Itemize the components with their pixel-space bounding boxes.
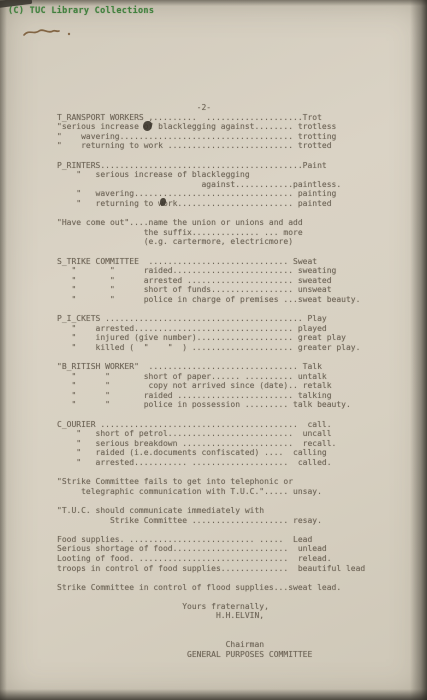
typewritten-line: " short of petrol.......................… (57, 429, 407, 439)
typewritten-line: Chairman (57, 640, 407, 650)
typewritten-line: troops in control of food supplies......… (57, 564, 407, 574)
typewritten-line: GENERAL PURPOSES COMMITTEE (57, 650, 407, 660)
typewritten-line: " arrested..............................… (57, 324, 407, 334)
typewritten-line: " returning to work ....................… (57, 141, 407, 151)
typewritten-line (57, 525, 407, 535)
typewritten-line (57, 209, 407, 219)
typewritten-line: " returning to work.....................… (57, 199, 407, 209)
typewritten-line: against............paintless. (57, 180, 407, 190)
typewritten-line: H.H.ELVIN, (57, 611, 407, 621)
typewritten-line: " injured (give number).................… (57, 333, 407, 343)
scan-edge-right (410, 0, 427, 700)
typewritten-line (57, 468, 407, 478)
typewritten-line: "Have come out"....name the union or uni… (57, 218, 407, 228)
typewritten-line: " serious breakdown ....................… (57, 439, 407, 449)
typewritten-line: P̲I̲CKETS ..............................… (57, 314, 407, 324)
typewritten-line: " wavering..............................… (57, 132, 407, 142)
typewritten-line: the suffix.............. ... more (57, 228, 407, 238)
typewritten-line: Serious shortage of food................… (57, 544, 407, 554)
typewritten-line: " " raided......................... swea… (57, 266, 407, 276)
typewritten-line (57, 573, 407, 583)
scanned-document-page: (C) TUC Library Collections -2-T̲RANSPOR… (0, 0, 427, 700)
typewritten-line: " " copy not arrived since (date).. reta… (57, 381, 407, 391)
typewritten-line: Strike Committee in control of flood sup… (57, 583, 407, 593)
typewritten-line: S̲TRIKE COMMITTEE ......................… (57, 257, 407, 267)
typewritten-line: " " police in possession ......... talk … (57, 400, 407, 410)
typewritten-line (57, 304, 407, 314)
typewritten-line: "serious increase of blacklegging agains… (57, 122, 407, 132)
typewritten-line: T̲RANSPORT WORKERS ,......... ..........… (57, 113, 407, 123)
typewritten-line (57, 151, 407, 161)
typewritten-line (57, 352, 407, 362)
typewritten-line: " raided (i.e.documents confiscated) ...… (57, 448, 407, 458)
typewritten-line: Strike Committee .................... re… (57, 516, 407, 526)
typewritten-line: "T.U.C. should communicate immediately w… (57, 506, 407, 516)
typewritten-line (57, 496, 407, 506)
typewritten-line: telegraphic communication with T.U.C."..… (57, 487, 407, 497)
typewritten-text: -2-T̲RANSPORT WORKERS ,......... .......… (57, 103, 407, 659)
library-watermark: (C) TUC Library Collections (8, 6, 154, 16)
typewritten-line: C̲OURIER ...............................… (57, 420, 407, 430)
handwritten-mark (22, 26, 76, 40)
typewritten-line: " " short of funds................. unsw… (57, 285, 407, 295)
typewritten-line: " killed ( " " ) ..................... g… (57, 343, 407, 353)
typewritten-line: " serious increase of blacklegging (57, 170, 407, 180)
typewritten-line (57, 621, 407, 631)
typewritten-line (57, 247, 407, 257)
typewritten-line: -2- (57, 103, 407, 113)
typewritten-line: "Strike Committee fails to get into tele… (57, 477, 407, 487)
typewritten-line: P̲RINTERS...............................… (57, 161, 407, 171)
typewritten-line: "B̲RITISH WORKER" ......................… (57, 362, 407, 372)
typewritten-line: " arrested........... ..................… (57, 458, 407, 468)
typewritten-line: " " short of paper...... .......... unta… (57, 372, 407, 382)
typewritten-line: " wavering..............................… (57, 189, 407, 199)
typewritten-line (57, 631, 407, 641)
typewritten-line: Food supplies. .........................… (57, 535, 407, 545)
typewritten-line: (e.g. cartermore, electricmore) (57, 237, 407, 247)
scan-edge-left (0, 0, 7, 700)
typewritten-line: Looting of food. .......................… (57, 554, 407, 564)
typewritten-line: " " police in charge of premises ...swea… (57, 295, 407, 305)
typewritten-line: " " arrested ...................... swea… (57, 276, 407, 286)
typewritten-line: " " raided ........................ talk… (57, 391, 407, 401)
typewritten-line (57, 410, 407, 420)
typewritten-line (57, 592, 407, 602)
scan-edge-bottom (0, 689, 427, 700)
